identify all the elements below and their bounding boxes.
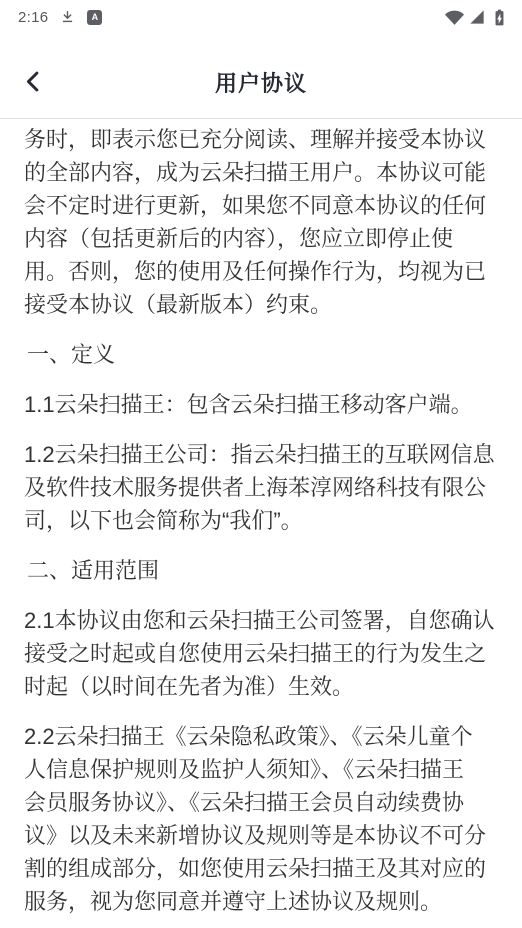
paragraph-2-2: 2.2云朵扫描王《云朵隐私政策》、《云朵儿童个 人信息保护规则及监护人须知》、《… (24, 720, 522, 918)
battery-charging-icon (490, 8, 509, 27)
paragraph-intro-continued: 务时，即表示您已充分阅读、理解并接受本协议 的全部内容，成为云朵扫描王用户。本协… (24, 123, 522, 321)
wifi-icon (445, 9, 464, 25)
status-time: 2:16 (18, 9, 48, 26)
paragraph-2-1: 2.1本协议由您和云朵扫描王公司签署，自您确认 接受之时起或自您使用云朵扫描王的… (24, 604, 522, 703)
status-bar-left: 2:16 A (18, 9, 102, 26)
download-icon (59, 9, 76, 26)
section-heading-scope: 二、适用范围 (24, 554, 522, 587)
app-notification-a-icon: A (87, 10, 102, 25)
status-bar-right (445, 8, 509, 27)
section-heading-definitions: 一、定义 (24, 338, 522, 371)
chevron-left-icon (20, 68, 47, 95)
paragraph-1-1: 1.1云朵扫描王：包含云朵扫描王移动客户端。 (24, 388, 522, 421)
page-title: 用户协议 (215, 67, 307, 98)
badge-letter: A (92, 13, 99, 22)
cellular-signal-icon (469, 9, 485, 25)
agreement-scroll-area[interactable]: 务时，即表示您已充分阅读、理解并接受本协议 的全部内容，成为云朵扫描王用户。本协… (0, 119, 522, 928)
paragraph-1-2: 1.2云朵扫描王公司：指云朵扫描王的互联网信息 及软件技术服务提供者上海苯淳网络… (24, 438, 522, 537)
screen: 2:16 A 用户协议 (0, 0, 522, 928)
status-bar: 2:16 A (0, 0, 522, 34)
back-button[interactable] (12, 60, 54, 102)
app-bar: 用户协议 (0, 34, 522, 118)
